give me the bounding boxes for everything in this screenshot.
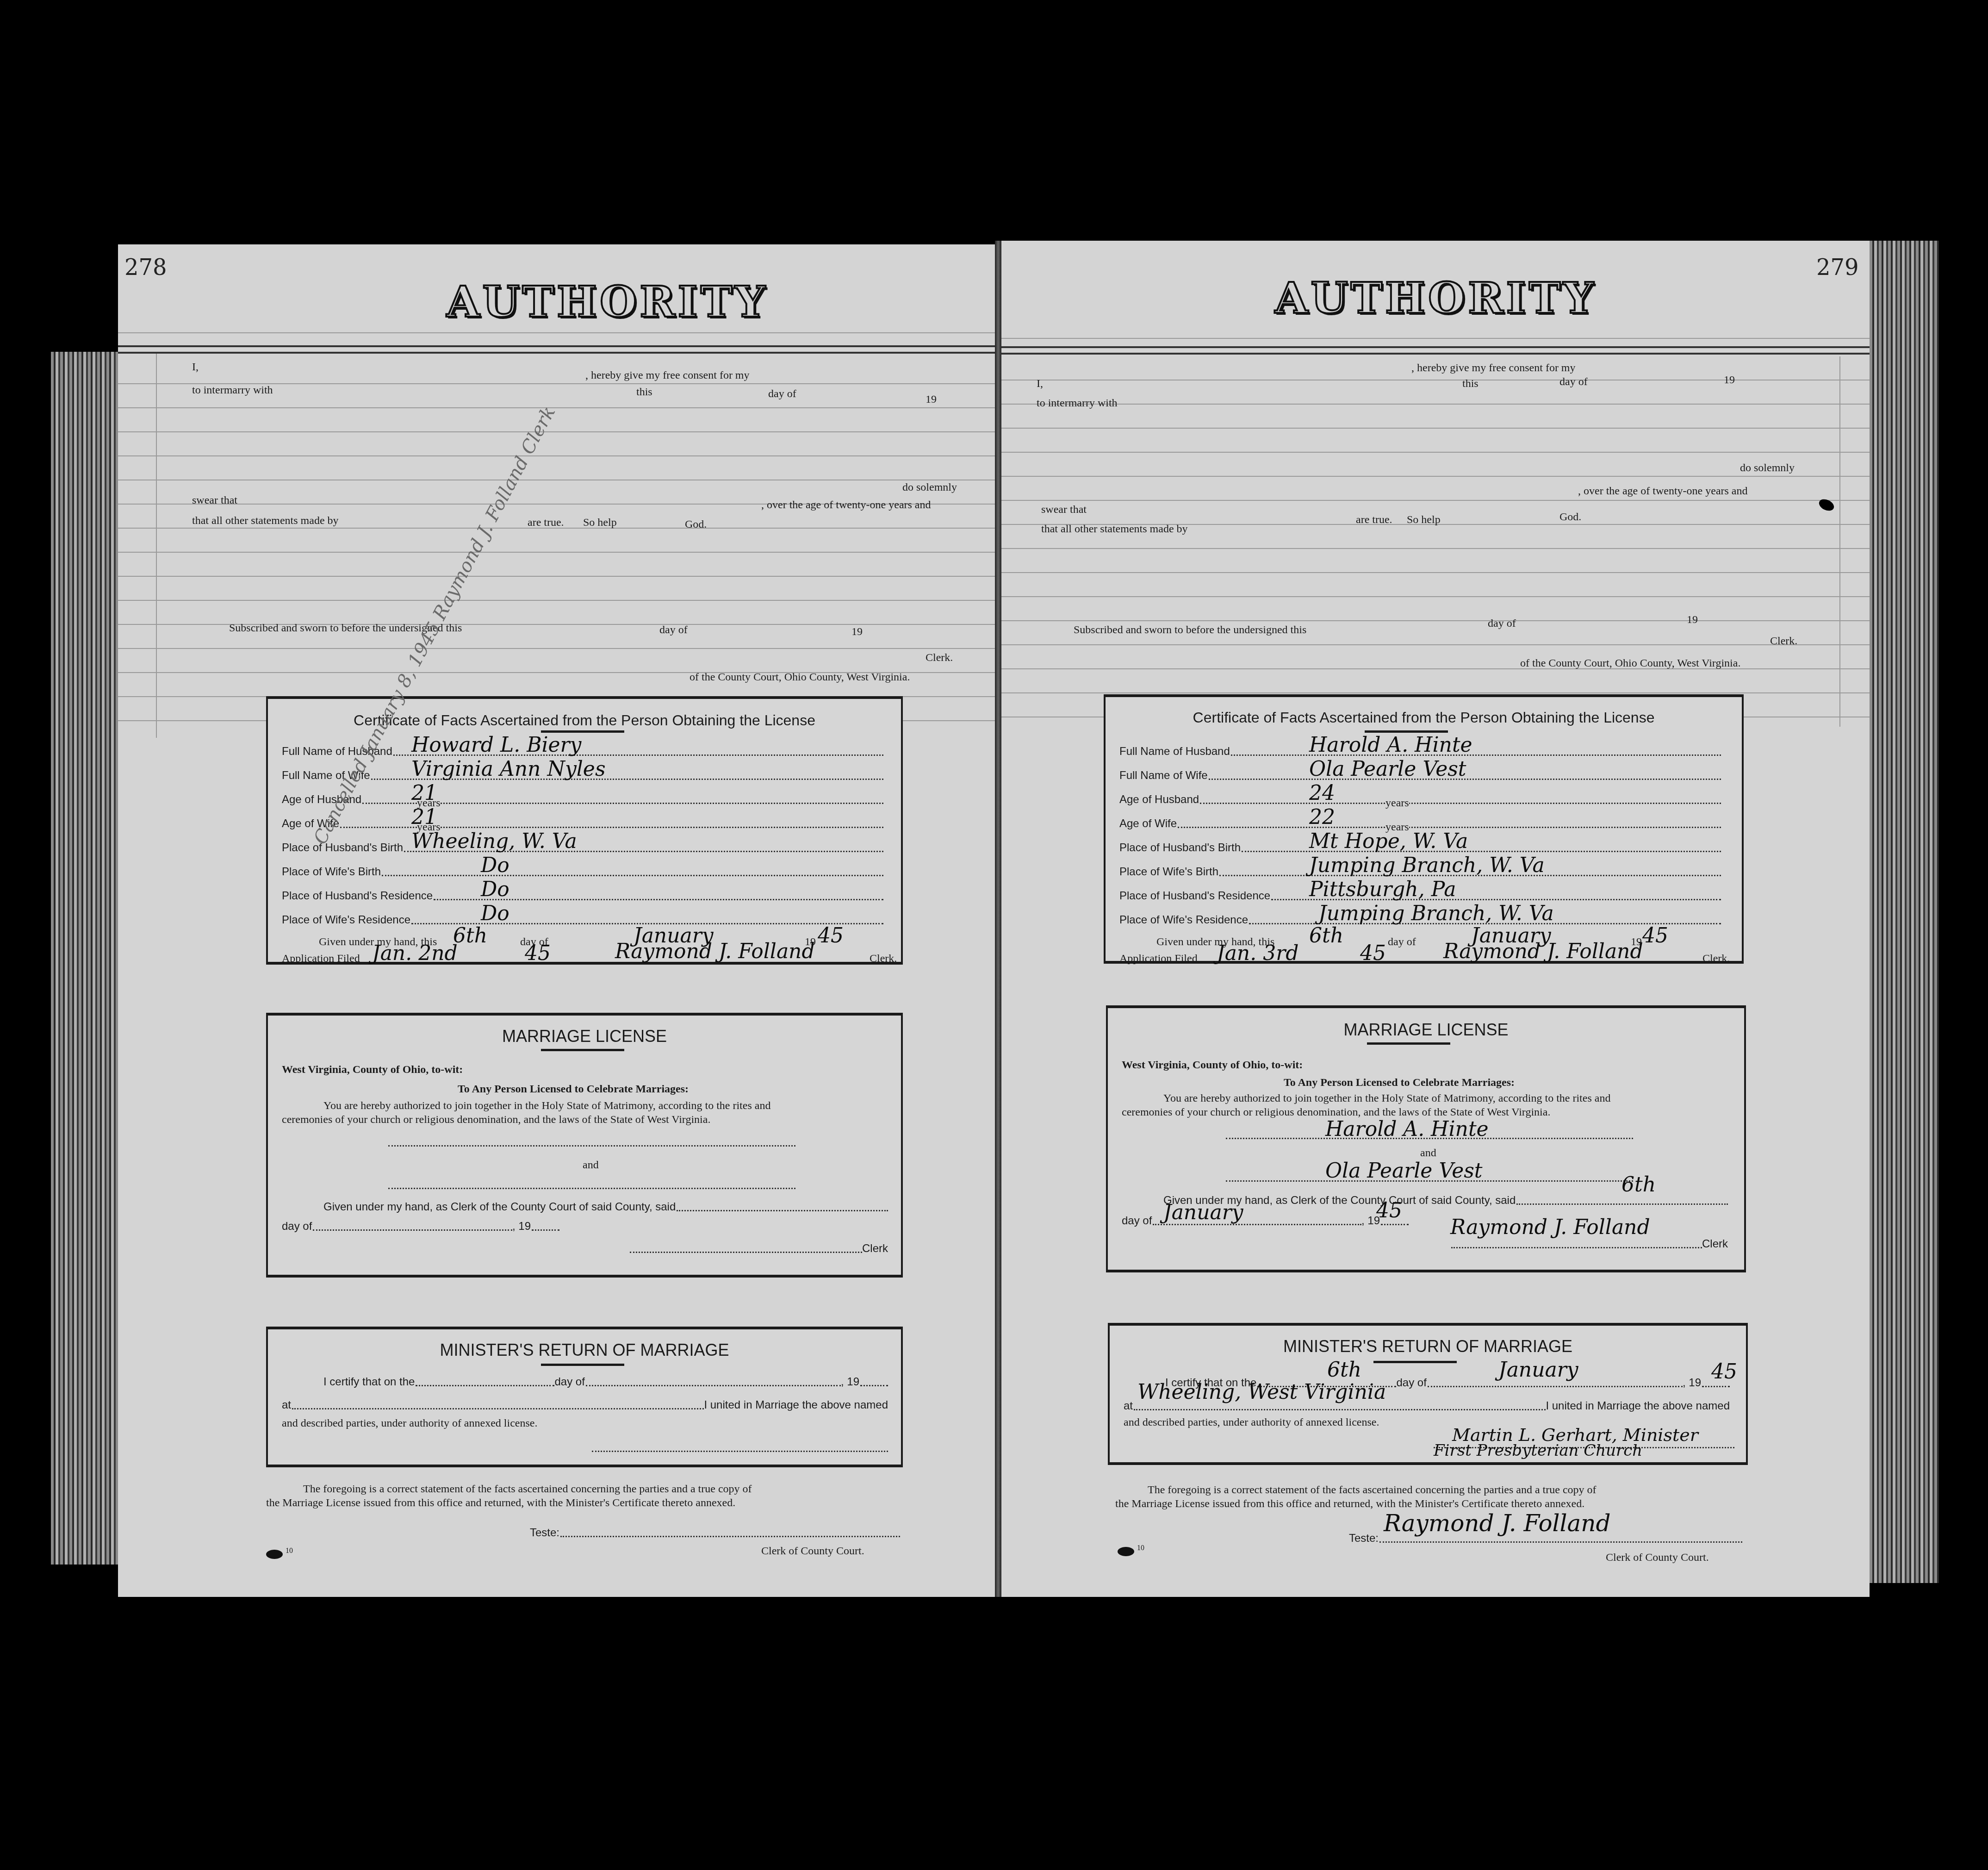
husband-name-value: Harold A. Hinte <box>1309 733 1472 757</box>
subscribed-day-of: day of <box>1488 617 1516 630</box>
filed-date-value: Jan. 3rd <box>1217 941 1298 965</box>
divider <box>1000 338 1870 339</box>
given-year-value: 45 <box>818 924 844 947</box>
ruled-line <box>118 648 997 649</box>
page-header: AUTHORITY <box>447 277 768 327</box>
consent-statements: that all other statements made by <box>192 515 339 527</box>
certificate-title: Certificate of Facts Ascertained from th… <box>1106 709 1742 726</box>
consent-this: this <box>1462 378 1479 390</box>
husband-age-field[interactable]: Age of Husband <box>1119 793 1721 806</box>
husband-residence-value: Do <box>481 878 509 901</box>
consent-so-help: So help <box>1407 514 1441 526</box>
ruled-line <box>1000 692 1870 693</box>
given-day-value: 6th <box>453 924 487 947</box>
subscribed-year: 19 <box>1687 614 1698 626</box>
wife-age-field[interactable]: Age of Wife <box>282 817 883 830</box>
husband-birth-value: Wheeling, W. Va <box>411 829 577 853</box>
right-page-edges <box>1870 241 1939 1583</box>
state-line: West Virginia, County of Ohio, to-wit: <box>1122 1059 1303 1072</box>
ruled-line <box>118 407 997 408</box>
page-header: AUTHORITY <box>1275 273 1597 323</box>
consent-are-true: are true. <box>528 517 564 529</box>
title-underline <box>541 1364 624 1366</box>
ruled-line <box>118 576 997 577</box>
consent-so-help: So help <box>583 517 617 529</box>
ruled-line <box>118 552 997 553</box>
wife-name-value: Ola Pearle Vest <box>1309 757 1466 781</box>
salutation: To Any Person Licensed to Celebrate Marr… <box>458 1083 689 1096</box>
foregoing-statement-1: The foregoing is a correct statement of … <box>1148 1484 1597 1496</box>
application-filed-label: Application Filed <box>1119 953 1198 965</box>
foregoing-statement-2: the Marriage License issued from this of… <box>1115 1498 1584 1510</box>
filed-date-value: Jan. 2nd <box>372 941 458 965</box>
application-filed-label: Application Filed <box>282 953 360 965</box>
foregoing-statement-1: The foregoing is a correct statement of … <box>303 1483 752 1496</box>
clerk-signature: Raymond J. Folland <box>1443 940 1643 963</box>
clerk-signature: Raymond J. Folland <box>615 940 815 963</box>
marriage-license: MARRIAGE LICENSE West Virginia, County o… <box>1106 1005 1746 1272</box>
certify-day-value: 6th <box>1327 1358 1361 1382</box>
printer-mark-number: 10 <box>286 1547 293 1555</box>
years-label: years <box>1385 797 1409 810</box>
husband-age-value: 24 <box>1309 781 1335 805</box>
given-year-value: 45 <box>1376 1199 1402 1222</box>
return-title: MINISTER'S RETURN OF MARRIAGE <box>268 1340 901 1360</box>
ruled-line <box>1000 452 1870 453</box>
consent-i: I, <box>1037 378 1043 390</box>
consent-free-consent: , hereby give my free consent for my <box>585 369 750 382</box>
consent-intermarry: to intermarry with <box>192 384 273 397</box>
divider <box>118 345 997 347</box>
book-gutter <box>995 241 1001 1597</box>
consent-year: 19 <box>926 393 937 406</box>
consent-are-true: are true. <box>1356 514 1392 526</box>
husband-name-value: Howard L. Biery <box>411 733 581 757</box>
given-day-value: 6th <box>1621 1173 1656 1197</box>
consent-do-solemnly: do solemnly <box>902 481 957 494</box>
subscribed-clerk: Clerk. <box>1770 635 1797 648</box>
subscribed-clerk: Clerk. <box>926 652 953 664</box>
place-value: Wheeling, West Virginia <box>1137 1380 1386 1404</box>
wife-residence-value: Jumping Branch, W. Va <box>1318 902 1554 925</box>
given-month-value: January <box>1163 1201 1243 1224</box>
wife-birth-field[interactable]: Place of Wife's Birth <box>282 866 883 879</box>
and-label: and <box>583 1159 599 1172</box>
clerk-signature-field[interactable]: Clerk <box>1450 1238 1728 1251</box>
certify-year-value: 45 <box>1711 1360 1737 1384</box>
license-title: MARRIAGE LICENSE <box>1108 1020 1744 1040</box>
consent-swear-that: swear that <box>1041 504 1087 516</box>
consent-day-of: day of <box>768 388 796 400</box>
wife-age-value: 22 <box>1309 805 1335 829</box>
ruled-line <box>1000 596 1870 597</box>
margin-line <box>156 354 157 738</box>
consent-swear-that: swear that <box>192 494 237 507</box>
husband-age-field[interactable]: Age of Husband <box>282 793 883 806</box>
divider <box>1000 346 1870 348</box>
ministers-return: MINISTER'S RETURN OF MARRIAGE I certify … <box>266 1327 903 1467</box>
teste-field[interactable]: Teste: <box>530 1527 900 1540</box>
filed-year-value: 45 <box>1360 941 1386 965</box>
title-underline <box>541 1049 624 1051</box>
filed-year-value: 45 <box>525 941 551 965</box>
husband-age-value: 21 <box>411 781 437 805</box>
ruled-line <box>1000 644 1870 645</box>
certificate-of-facts: Certificate of Facts Ascertained from th… <box>1104 694 1744 964</box>
ruled-line <box>1000 404 1870 405</box>
license-body-2: ceremonies of your church or religious d… <box>1122 1106 1550 1119</box>
divider <box>118 332 997 333</box>
ruled-line <box>1000 548 1870 549</box>
state-line: West Virginia, County of Ohio, to-wit: <box>282 1064 463 1076</box>
minister-signature-field[interactable] <box>592 1451 888 1452</box>
subscribed-text: Subscribed and sworn to before the under… <box>1074 624 1306 636</box>
wife-name-value: Virginia Ann Nyles <box>411 757 605 781</box>
salutation: To Any Person Licensed to Celebrate Marr… <box>1284 1077 1515 1089</box>
church-name: First Presbyterian Church <box>1434 1441 1642 1460</box>
return-title: MINISTER'S RETURN OF MARRIAGE <box>1110 1337 1746 1356</box>
ministers-return: MINISTER'S RETURN OF MARRIAGE I certify … <box>1108 1323 1748 1465</box>
clerk-label: Clerk. <box>870 953 897 965</box>
given-month-field[interactable]: day of, 19 <box>282 1220 559 1233</box>
wife-residence-field[interactable]: Place of Wife's Residence <box>282 914 883 927</box>
given-day-of-label: day of <box>1388 936 1416 948</box>
wife-birth-value: Jumping Branch, W. Va <box>1309 854 1545 877</box>
ruled-line <box>1000 500 1870 501</box>
subscribed-day-of: day of <box>659 624 688 636</box>
divider <box>1000 353 1870 355</box>
described-parties: and described parties, under authority o… <box>1124 1416 1379 1429</box>
ruled-line <box>1000 380 1870 380</box>
consent-this: this <box>636 386 652 399</box>
printer-mark-number: 10 <box>1137 1544 1144 1552</box>
printer-mark-icon <box>1118 1547 1134 1556</box>
certificate-title: Certificate of Facts Ascertained from th… <box>268 712 901 729</box>
county-court-line: of the County Court, Ohio County, West V… <box>1520 657 1740 670</box>
foregoing-statement-2: the Marriage License issued from this of… <box>266 1497 735 1509</box>
husband-residence-value: Pittsburgh, Pa <box>1309 878 1456 901</box>
consent-god: God. <box>685 518 707 531</box>
certify-month-value: January <box>1498 1358 1578 1382</box>
clerk-of-county-court: Clerk of County Court. <box>1606 1552 1709 1564</box>
husband-residence-field[interactable]: Place of Husband's Residence <box>282 890 883 903</box>
license-body-1: You are hereby authorized to join togeth… <box>1163 1092 1610 1105</box>
described-parties: and described parties, under authority o… <box>282 1417 537 1430</box>
license-body-1: You are hereby authorized to join togeth… <box>323 1100 770 1112</box>
consent-i: I, <box>192 361 199 374</box>
left-page: 278 AUTHORITY I, , hereby give my free c… <box>118 244 997 1597</box>
consent-god: God. <box>1559 511 1581 524</box>
right-page: 279 AUTHORITY I, , hereby give my free c… <box>1000 241 1870 1597</box>
wife-age-value: 21 <box>411 805 437 829</box>
left-page-edges <box>51 352 120 1565</box>
consent-free-consent: , hereby give my free consent for my <box>1411 362 1576 374</box>
ink-blot <box>1817 497 1836 513</box>
clerk-signature-field[interactable]: Clerk <box>629 1242 888 1255</box>
clerk-signature: Raymond J. Folland <box>1450 1215 1650 1239</box>
page-number: 278 <box>124 255 167 280</box>
license-title: MARRIAGE LICENSE <box>268 1027 901 1046</box>
title-underline <box>541 730 624 733</box>
consent-statements: that all other statements made by <box>1041 523 1188 536</box>
consent-year: 19 <box>1724 374 1735 386</box>
ruled-line <box>1000 620 1870 621</box>
given-year-value: 45 <box>1642 924 1668 947</box>
given-day-value: 6th <box>1309 924 1343 947</box>
ruled-line <box>118 431 997 432</box>
printer-mark-icon <box>266 1550 283 1559</box>
marriage-license: MARRIAGE LICENSE West Virginia, County o… <box>266 1013 903 1278</box>
ruled-line <box>1000 428 1870 429</box>
margin-line <box>1839 356 1840 727</box>
and-label: and <box>1420 1147 1436 1159</box>
groom-name-field[interactable] <box>388 1145 795 1147</box>
given-day-field[interactable]: Given under my hand, as Clerk of the Cou… <box>323 1201 888 1214</box>
ruled-line <box>118 600 997 601</box>
consent-over-age: , over the age of twenty-one years and <box>761 499 931 511</box>
certificate-of-facts: Certificate of Facts Ascertained from th… <box>266 696 903 965</box>
county-court-line: of the County Court, Ohio County, West V… <box>690 671 910 684</box>
subscribed-year: 19 <box>851 626 863 638</box>
bride-name-field[interactable] <box>388 1188 795 1189</box>
title-underline <box>1367 1042 1450 1045</box>
license-body-2: ceremonies of your church or religious d… <box>282 1114 710 1126</box>
wife-residence-value: Do <box>481 902 509 925</box>
divider <box>118 352 997 354</box>
clerk-of-county-court: Clerk of County Court. <box>761 1545 864 1558</box>
husband-birth-value: Mt Hope, W. Va <box>1309 829 1468 853</box>
consent-intermarry: to intermarry with <box>1037 397 1118 410</box>
ruled-line <box>118 480 997 480</box>
consent-day-of: day of <box>1559 376 1588 388</box>
wife-birth-value: Do <box>481 854 509 877</box>
consent-do-solemnly: do solemnly <box>1740 462 1795 474</box>
ruled-line <box>118 455 997 456</box>
groom-name-value: Harold A. Hinte <box>1325 1117 1489 1141</box>
teste-signature: Raymond J. Folland <box>1384 1510 1610 1537</box>
title-underline <box>1373 1361 1457 1363</box>
page-number: 279 <box>1816 255 1859 280</box>
consent-over-age: , over the age of twenty-one years and <box>1578 485 1748 498</box>
ruled-line <box>1000 476 1870 477</box>
bride-name-value: Ola Pearle Vest <box>1325 1159 1482 1183</box>
title-underline <box>1365 730 1448 733</box>
clerk-label: Clerk. <box>1702 953 1730 965</box>
place-field[interactable]: atI united in Marriage the above named <box>282 1399 888 1412</box>
certify-day-field[interactable]: I certify that on theday of, 19 <box>323 1376 888 1389</box>
ruled-line <box>1000 572 1870 573</box>
wife-age-field[interactable]: Age of Wife <box>1119 817 1721 830</box>
husband-birth-field[interactable]: Place of Husband's Birth <box>282 841 883 854</box>
